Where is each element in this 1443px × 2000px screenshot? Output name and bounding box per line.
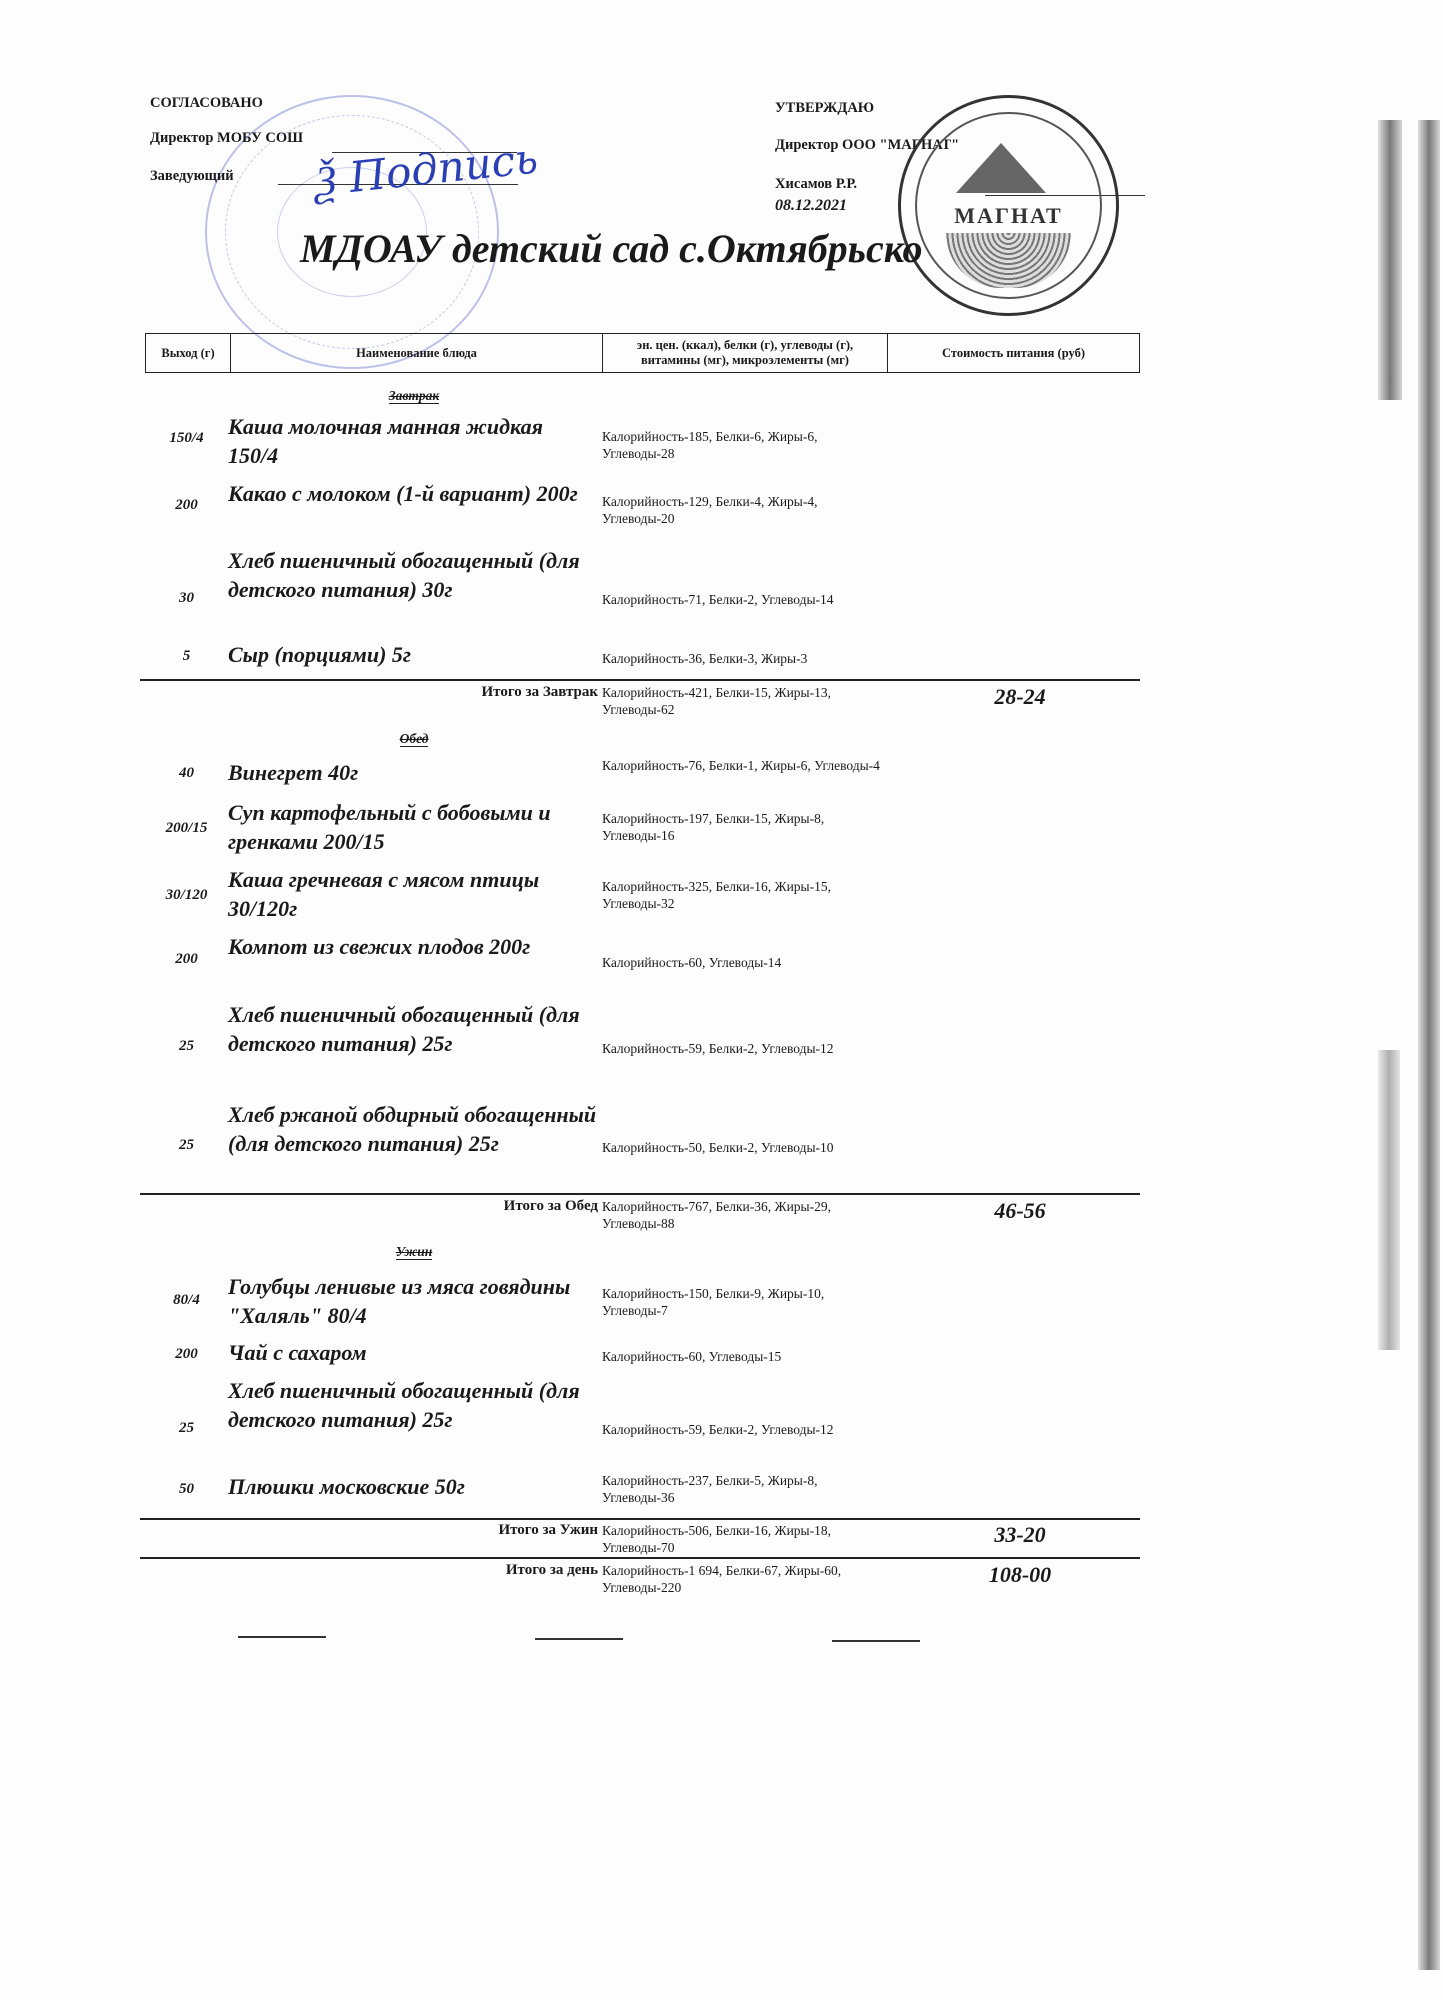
- item-yield: 50: [145, 1481, 228, 1498]
- item-name: Сыр (порциями) 5г: [228, 640, 598, 669]
- item-name: Суп картофельный с бобовыми и гренками 2…: [228, 798, 598, 856]
- item-name: Плюшки московские 50г: [228, 1472, 598, 1501]
- item-name: Винегрет 40г: [228, 758, 598, 787]
- approval-heading-left: СОГЛАСОВАНО: [150, 95, 263, 112]
- item-name: Чай с сахаром: [228, 1338, 598, 1367]
- item-nutrition: Калорийность-50, Белки-2, Углеводы-10: [602, 1139, 892, 1156]
- total-label: Итого за Обед: [228, 1198, 598, 1215]
- item-yield: 25: [145, 1137, 228, 1154]
- scan-artifact: [1418, 120, 1440, 1970]
- item-nutrition: Калорийность-60, Углеводы-14: [602, 954, 892, 971]
- day-divider: [140, 1557, 1140, 1559]
- item-nutrition: Калорийность-185, Белки-6, Жиры-6, Углев…: [602, 428, 892, 462]
- item-nutrition: Калорийность-197, Белки-15, Жиры-8, Угле…: [602, 810, 892, 844]
- item-nutrition: Калорийность-237, Белки-5, Жиры-8, Углев…: [602, 1472, 892, 1506]
- item-name: Хлеб ржаной обдирный обогащенный (для де…: [228, 1100, 598, 1158]
- section-divider: [140, 1193, 1140, 1195]
- total-nutrition: Калорийность-506, Белки-16, Жиры-18, Угл…: [602, 1522, 892, 1556]
- total-cost: 46-56: [960, 1198, 1080, 1224]
- item-nutrition: Калорийность-150, Белки-9, Жиры-10, Угле…: [602, 1285, 892, 1319]
- section-divider: [140, 1518, 1140, 1520]
- item-yield: 40: [145, 765, 228, 782]
- col-header-name: Наименование блюда: [231, 334, 603, 373]
- col-header-cost: Стоимость питания (руб): [888, 334, 1140, 373]
- item-yield: 25: [145, 1038, 228, 1055]
- col-header-yield: Выход (г): [146, 334, 231, 373]
- day-total-nutrition: Калорийность-1 694, Белки-67, Жиры-60, У…: [602, 1562, 892, 1596]
- item-yield: 200: [145, 1346, 228, 1363]
- item-name: Компот из свежих плодов 200г: [228, 932, 598, 961]
- item-nutrition: Калорийность-71, Белки-2, Углеводы-14: [602, 591, 892, 608]
- item-name: Какао с молоком (1-й вариант) 200г: [228, 479, 598, 508]
- section-title-dinner: Ужин: [228, 1244, 600, 1260]
- section-divider: [140, 679, 1140, 681]
- signature-line: [238, 1636, 326, 1638]
- item-yield: 25: [145, 1420, 228, 1437]
- approval-heading-right: УТВЕРЖДАЮ: [775, 100, 874, 117]
- signature-line: [535, 1638, 623, 1640]
- approval-line-name: Хисамов Р.Р.: [775, 176, 857, 193]
- item-yield: 200/15: [145, 820, 228, 837]
- total-nutrition: Калорийность-767, Белки-36, Жиры-29, Угл…: [602, 1198, 892, 1232]
- item-yield: 200: [145, 951, 228, 968]
- mountain-icon: [956, 143, 1046, 193]
- item-nutrition: Калорийность-325, Белки-16, Жиры-15, Угл…: [602, 878, 892, 912]
- item-nutrition: Калорийность-59, Белки-2, Углеводы-12: [602, 1040, 892, 1057]
- item-yield: 30: [145, 590, 228, 607]
- item-name: Хлеб пшеничный обогащенный (для детского…: [228, 546, 598, 604]
- section-title-lunch: Обед: [228, 731, 600, 747]
- total-label: Итого за Ужин: [228, 1522, 598, 1539]
- item-nutrition: Калорийность-60, Углеводы-15: [602, 1348, 892, 1365]
- item-name: Каша гречневая с мясом птицы 30/120г: [228, 865, 598, 923]
- item-name: Хлеб пшеничный обогащенный (для детского…: [228, 1376, 598, 1434]
- stamp-label: МАГНАТ: [901, 203, 1116, 229]
- page-title: МДОАУ детский сад с.Октябрьско: [300, 225, 922, 272]
- approval-line-director: Директор МОБУ СОШ: [150, 130, 303, 147]
- section-title-breakfast: Завтрак: [228, 388, 600, 404]
- item-name: Голубцы ленивые из мяса говядины "Халяль…: [228, 1272, 598, 1330]
- approval-date: 08.12.2021: [775, 197, 847, 215]
- item-nutrition: Калорийность-76, Белки-1, Жиры-6, Углево…: [602, 757, 892, 774]
- item-nutrition: Калорийность-36, Белки-3, Жиры-3: [602, 650, 892, 667]
- item-yield: 150/4: [145, 430, 228, 447]
- item-nutrition: Калорийность-129, Белки-4, Жиры-4, Углев…: [602, 493, 892, 527]
- item-yield: 30/120: [145, 887, 228, 904]
- total-nutrition: Калорийность-421, Белки-15, Жиры-13, Угл…: [602, 684, 892, 718]
- item-nutrition: Калорийность-59, Белки-2, Углеводы-12: [602, 1421, 892, 1438]
- table-header: Выход (г) Наименование блюда эн. цен. (к…: [145, 333, 1140, 373]
- total-cost: 28-24: [960, 684, 1080, 710]
- item-name: Каша молочная манная жидкая 150/4: [228, 412, 598, 470]
- signature-line: [832, 1640, 920, 1642]
- item-yield: 200: [145, 497, 228, 514]
- day-total-cost: 108-00: [960, 1562, 1080, 1588]
- item-yield: 5: [145, 648, 228, 665]
- item-name: Хлеб пшеничный обогащенный (для детского…: [228, 1000, 598, 1058]
- company-stamp: МАГНАТ: [898, 95, 1119, 316]
- item-yield: 80/4: [145, 1292, 228, 1309]
- total-cost: 33-20: [960, 1522, 1080, 1548]
- scan-artifact: [1378, 120, 1402, 400]
- col-header-nutrition: эн. цен. (ккал), белки (г), углеводы (г)…: [603, 334, 888, 373]
- day-total-label: Итого за день: [228, 1562, 598, 1579]
- scan-artifact: [1378, 1050, 1400, 1350]
- approval-line-head: Заведующий: [150, 168, 234, 185]
- total-label: Итого за Завтрак: [228, 684, 598, 701]
